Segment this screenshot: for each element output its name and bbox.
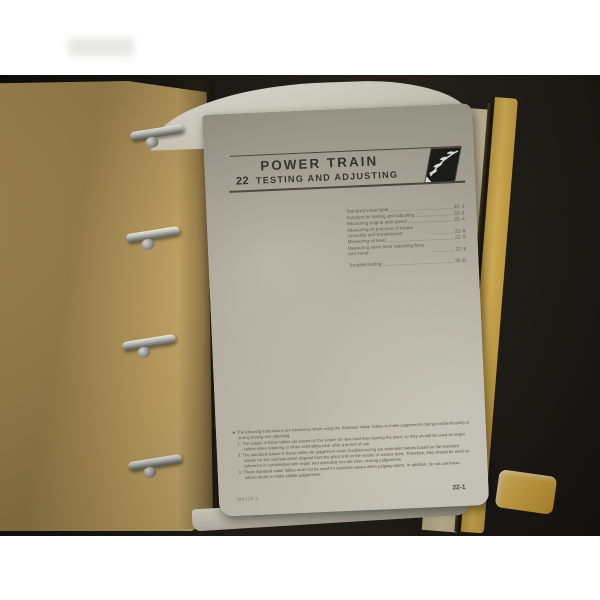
toc-page-ref: 22-11 [455, 257, 467, 263]
toc-page-ref: 22- 4 [454, 216, 465, 222]
toc-label: Troubleshooting [349, 261, 382, 268]
toc-page-ref: 22- 6 [455, 228, 466, 234]
table-of-contents: Standard value table 22- 2 Function for … [346, 204, 467, 269]
section-number: 22 [236, 175, 250, 188]
footer-model-code: WA120-1 [237, 496, 259, 502]
toc-leader-dots [433, 232, 454, 233]
page-number: 22-1 [452, 484, 465, 492]
fanned-pages-icon [425, 148, 460, 183]
binder-photo: 30 40 50 60 70 80 90 POWER TRAIN 22 TEST… [0, 75, 600, 536]
toc-row: Troubleshooting 22-11 [349, 257, 467, 268]
toc-leader-dots [434, 250, 455, 251]
toc-page-ref: 22- 8 [455, 234, 466, 240]
toc-page-ref: 22- 2 [454, 204, 465, 210]
yellow-index-tab [495, 469, 558, 515]
standard-value-notes: ★ The following instructions are necessa… [232, 420, 473, 482]
toc-label: Measuring valve lever operating force an… [348, 242, 432, 257]
manual-section-logo [425, 148, 460, 183]
photo-matting-smudge [68, 38, 134, 56]
toc-leader-dots [383, 262, 454, 266]
toc-page-ref: 22- 3 [454, 210, 465, 216]
toc-page-ref: 22- 9 [455, 246, 466, 252]
manual-page: POWER TRAIN 22 TESTING AND ADJUSTING Sta… [202, 103, 489, 516]
